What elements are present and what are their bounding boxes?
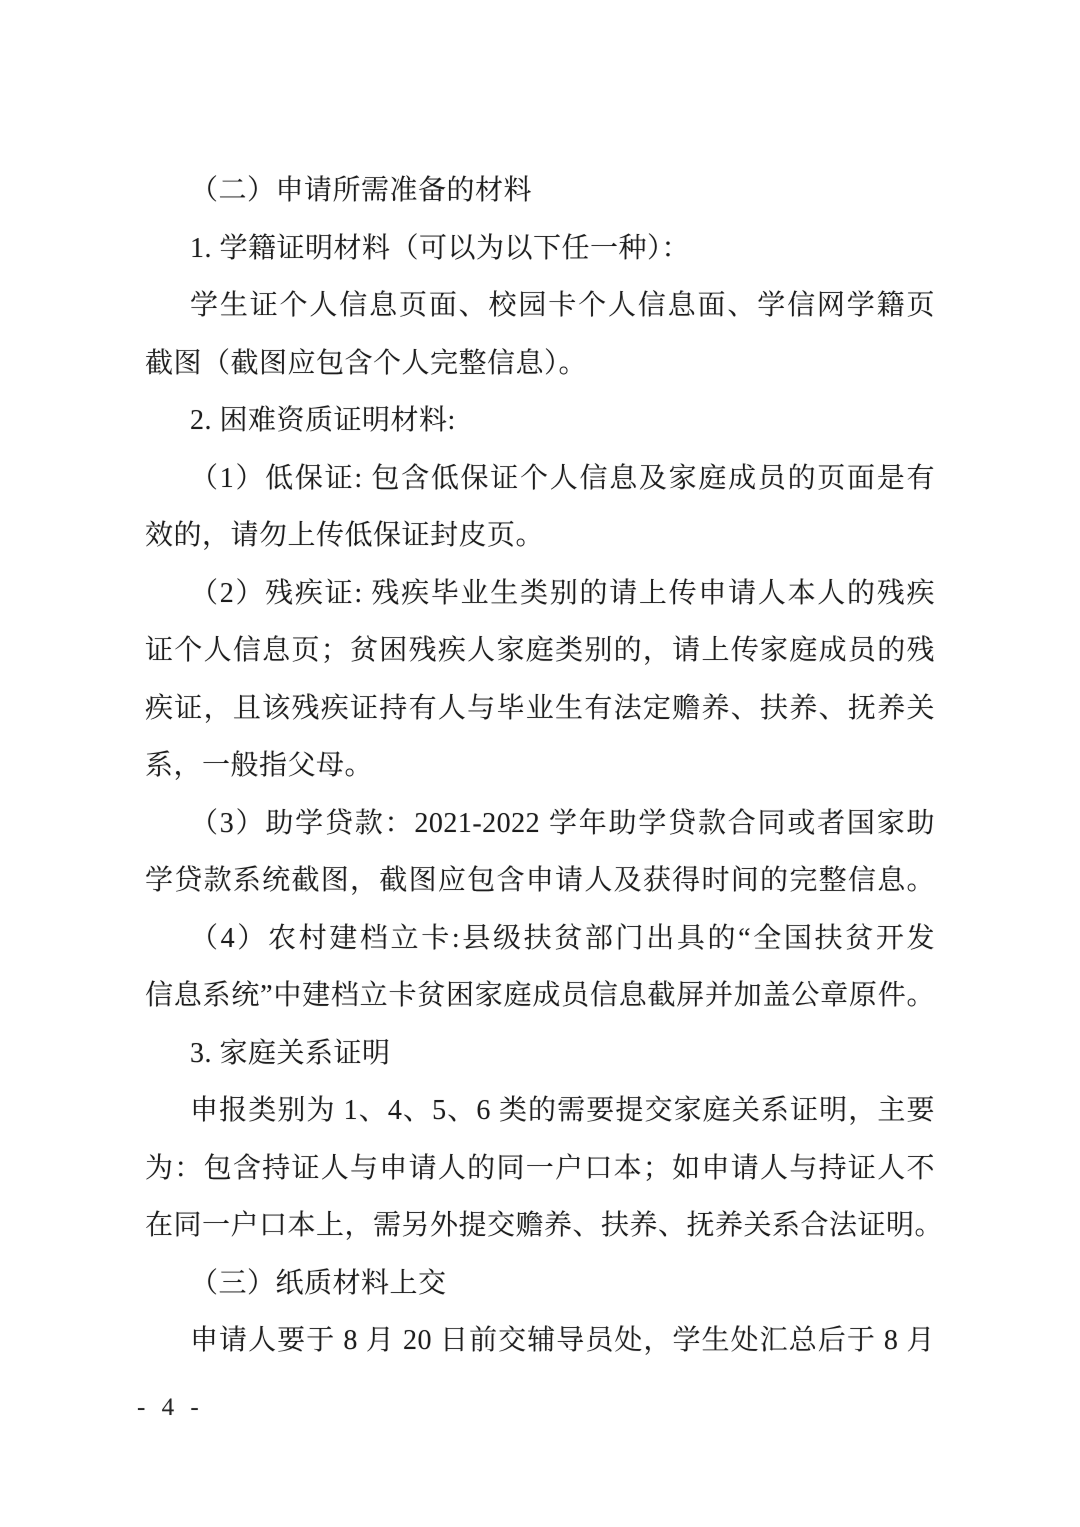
- text-line: 1. 学籍证明材料（可以为以下任一种）：: [145, 220, 935, 278]
- text-line: 学贷款系统截图，截图应包含申请人及获得时间的完整信息。: [145, 852, 935, 910]
- text-line: 申报类别为 1、4、5、6 类的需要提交家庭关系证明，主要: [145, 1082, 935, 1140]
- text-line: 3. 家庭关系证明: [145, 1025, 935, 1083]
- text-line: 2. 困难资质证明材料:: [145, 392, 935, 450]
- text-line: （二）申请所需准备的材料: [145, 162, 935, 220]
- document-text: （二）申请所需准备的材料 1. 学籍证明材料（可以为以下任一种）： 学生证个人信…: [145, 162, 935, 1370]
- text-line: 效的，请勿上传低保证封皮页。: [145, 507, 935, 565]
- text-line: （2）残疾证: 残疾毕业生类别的请上传申请人本人的残疾: [145, 565, 935, 623]
- text-line: （4）农村建档立卡:县级扶贫部门出具的“全国扶贫开发: [145, 910, 935, 968]
- document-page: （二）申请所需准备的材料 1. 学籍证明材料（可以为以下任一种）： 学生证个人信…: [0, 0, 1080, 1527]
- text-line: 学生证个人信息页面、校园卡个人信息面、学信网学籍页: [145, 277, 935, 335]
- text-line: 疾证，且该残疾证持有人与毕业生有法定赡养、扶养、抚养关: [145, 680, 935, 738]
- page-number: - 4 -: [137, 1394, 204, 1422]
- text-line: 为：包含持证人与申请人的同一户口本；如申请人与持证人不: [145, 1140, 935, 1198]
- text-line: 证个人信息页；贫困残疾人家庭类别的，请上传家庭成员的残: [145, 622, 935, 680]
- text-line: 系，一般指父母。: [145, 737, 935, 795]
- text-line: 截图（截图应包含个人完整信息）。: [145, 335, 935, 393]
- text-line: （三）纸质材料上交: [145, 1255, 935, 1313]
- text-line: 在同一户口本上，需另外提交赡养、扶养、抚养关系合法证明。: [145, 1197, 935, 1255]
- text-line: （1）低保证: 包含低保证个人信息及家庭成员的页面是有: [145, 450, 935, 508]
- text-line: 申请人要于 8 月 20 日前交辅导员处，学生处汇总后于 8 月: [145, 1312, 935, 1370]
- text-line: 信息系统”中建档立卡贫困家庭成员信息截屏并加盖公章原件。: [145, 967, 935, 1025]
- text-line: （3）助学贷款：2021-2022 学年助学贷款合同或者国家助: [145, 795, 935, 853]
